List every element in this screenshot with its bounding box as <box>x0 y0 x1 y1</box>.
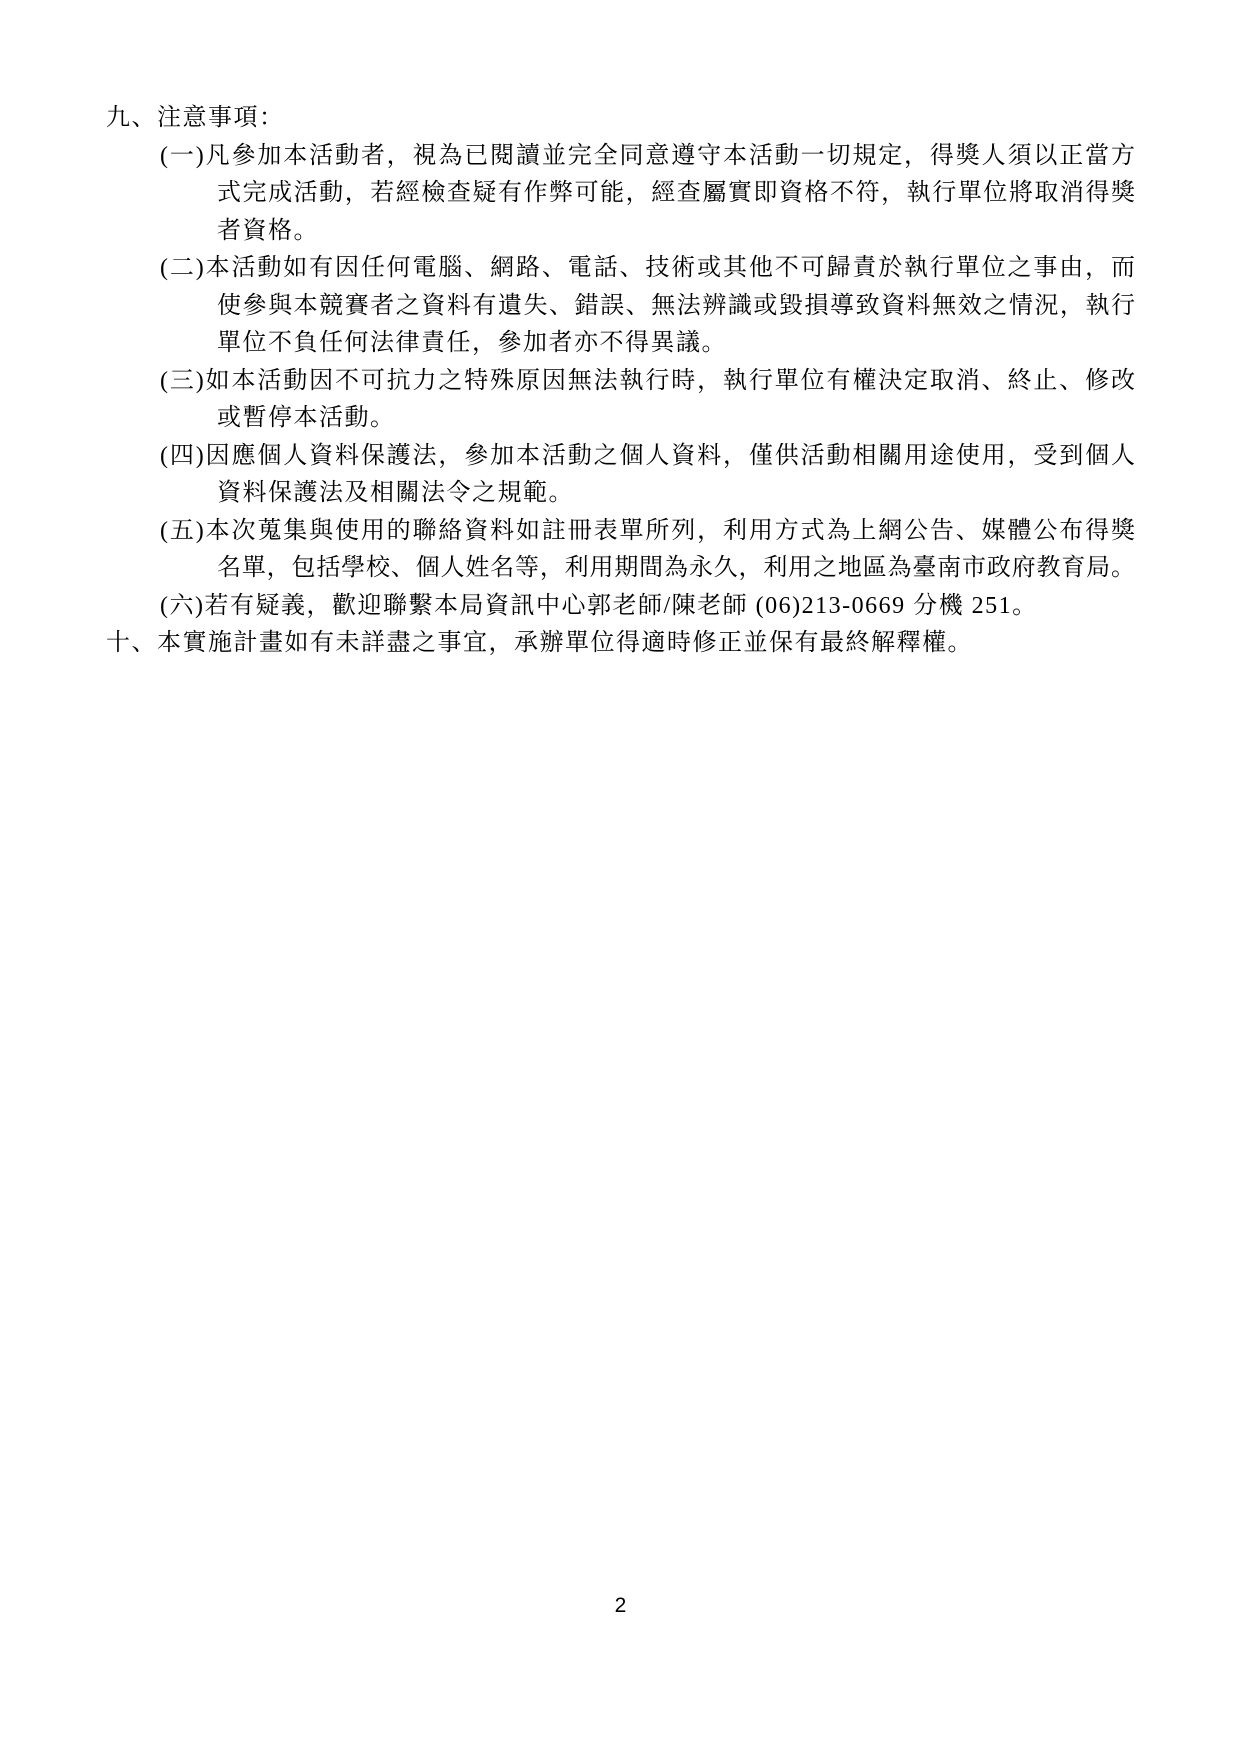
list-item-line: 資料保護法及相關法令之規範。 <box>217 475 1135 513</box>
item-3-label: (三) <box>160 368 204 394</box>
item-6-label: (六) <box>160 593 204 619</box>
item-4-label: (四) <box>160 443 204 469</box>
list-item-line: (一)凡參加本活動者，視為已閱讀並完全同意遵守本活動一切規定，得獎人須以正當方 <box>160 138 1135 176</box>
section-10-title: 本實施計畫如有未詳盡之事宜，承辦單位得適時修正並保有最終解釋權。 <box>157 630 973 656</box>
document-page: 九、注意事項： (一)凡參加本活動者，視為已閱讀並完全同意遵守本活動一切規定，得… <box>0 0 1241 1754</box>
item-5-text: 本次蒐集與使用的聯絡資料如註冊表單所列，利用方式為上網公告、媒體公布得獎 <box>204 518 1135 544</box>
item-6-text: 若有疑義，歡迎聯繫本局資訊中心郭老師/陳老師 (06)213-0669 分機 2… <box>204 593 1037 619</box>
item-3-text: 如本活動因不可抗力之特殊原因無法執行時，執行單位有權決定取消、終止、修改 <box>204 368 1135 394</box>
section-10-number: 十、 <box>106 630 157 656</box>
page-number: 2 <box>106 1593 1135 1619</box>
item-1-text: 凡參加本活動者，視為已閱讀並完全同意遵守本活動一切規定，得獎人須以正當方 <box>204 143 1135 169</box>
list-item-line: (四)因應個人資料保護法，參加本活動之個人資料，僅供活動相關用途使用，受到個人 <box>160 438 1135 476</box>
list-item-line: (五)本次蒐集與使用的聯絡資料如註冊表單所列，利用方式為上網公告、媒體公布得獎 <box>160 513 1135 551</box>
list-item-line: (三)如本活動因不可抗力之特殊原因無法執行時，執行單位有權決定取消、終止、修改 <box>160 363 1135 401</box>
notice-body: 九、注意事項： (一)凡參加本活動者，視為已閱讀並完全同意遵守本活動一切規定，得… <box>106 100 1135 663</box>
list-item-line: 式完成活動，若經檢查疑有作弊可能，經查屬實即資格不符，執行單位將取消得獎 <box>217 175 1135 213</box>
section-10-heading: 十、本實施計畫如有未詳盡之事宜，承辦單位得適時修正並保有最終解釋權。 <box>106 625 1135 663</box>
list-item-line: (六)若有疑義，歡迎聯繫本局資訊中心郭老師/陳老師 (06)213-0669 分… <box>160 588 1135 626</box>
item-5-label: (五) <box>160 518 204 544</box>
section-9-title: 注意事項： <box>157 105 285 131</box>
list-item-line: (二)本活動如有因任何電腦、網路、電話、技術或其他不可歸責於執行單位之事由，而 <box>160 250 1135 288</box>
item-2-label: (二) <box>160 255 204 281</box>
section-9-number: 九、 <box>106 105 157 131</box>
list-item-line: 單位不負任何法律責任，參加者亦不得異議。 <box>217 325 1135 363</box>
list-item-line: 者資格。 <box>217 213 1135 251</box>
list-item-line: 或暫停本活動。 <box>217 400 1135 438</box>
item-4-text: 因應個人資料保護法，參加本活動之個人資料，僅供活動相關用途使用，受到個人 <box>204 443 1135 469</box>
section-9-heading: 九、注意事項： <box>106 100 1135 138</box>
item-1-label: (一) <box>160 143 204 169</box>
item-2-text: 本活動如有因任何電腦、網路、電話、技術或其他不可歸責於執行單位之事由，而 <box>204 255 1135 281</box>
list-item-line: 使參與本競賽者之資料有遺失、錯誤、無法辨識或毀損導致資料無效之情況，執行 <box>217 288 1135 326</box>
list-item-line: 名單，包括學校、個人姓名等，利用期間為永久，利用之地區為臺南市政府教育局。 <box>217 550 1135 588</box>
